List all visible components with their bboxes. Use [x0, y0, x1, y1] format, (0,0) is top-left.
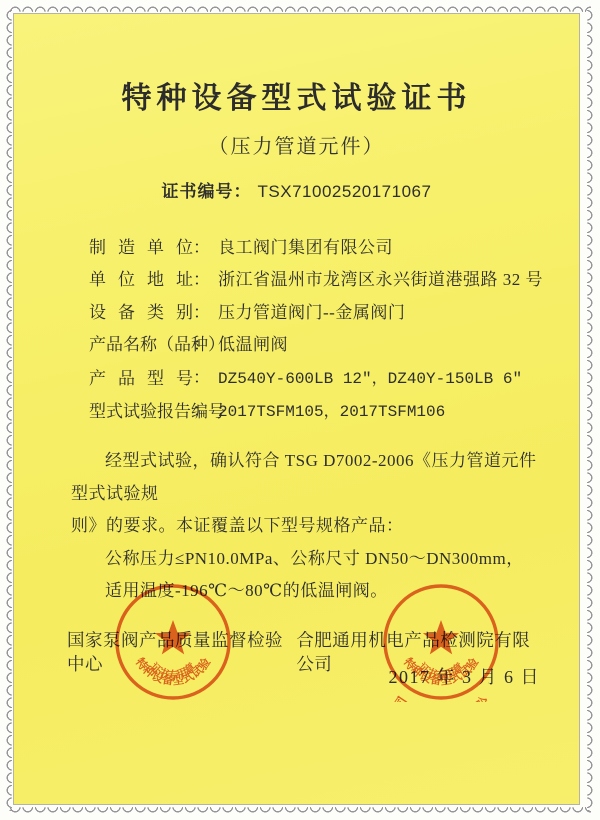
field-label: 型式试验报告编号: [89, 396, 193, 428]
field-label: 制造单位: [89, 232, 193, 264]
field-value: 2017TSFM105，2017TSFM106: [218, 403, 445, 421]
field-address: 单位地址：浙江省温州市龙湾区永兴街道港强路 32 号: [89, 264, 551, 296]
field-manufacturer: 制造单位：良工阀门集团有限公司: [89, 232, 551, 264]
seal-star-icon: [155, 620, 191, 654]
field-colon: ：: [193, 270, 210, 289]
field-colon: ：: [193, 303, 210, 322]
scallop-border-right: [587, 9, 596, 811]
official-seal-left: 国家泵阀产品质量监督检验中心 特种设备型式试验 证书专用章: [113, 582, 233, 702]
field-value: 浙江省温州市龙湾区永兴街道港强路 32 号: [218, 270, 543, 289]
scallop-border-bottom: [9, 807, 591, 816]
certificate-subtitle: （压力管道元件）: [14, 134, 579, 160]
seal-ring-text: 国家泵阀产品质量监督检验中心: [117, 700, 230, 702]
field-product-model: 产品型号：DZ540Y-600LB 12″，DZ40Y-150LB 6″: [89, 362, 551, 395]
field-label: 产品型号: [89, 363, 193, 395]
field-product-name: 产品名称（品种）：低温闸阀: [89, 329, 551, 361]
field-value: 良工阀门集团有限公司: [218, 238, 393, 257]
scallop-border-top: [9, 3, 591, 12]
field-label: 设备类别: [89, 297, 193, 329]
field-label: 产品名称（品种）: [89, 329, 193, 361]
certificate-number-label: 证书编号：: [162, 182, 252, 201]
field-colon: ：: [193, 238, 210, 257]
certificate-number-value: TSX71002520171067: [258, 182, 432, 201]
seal-star-icon: [423, 620, 459, 654]
official-seal-right: 合肥通用机电产品检测院有限公司 特种设备型式试验 证书专用章: [381, 582, 501, 702]
scallop-border-left: [3, 9, 12, 811]
field-colon: ：: [193, 368, 210, 387]
certificate-fields: 制造单位：良工阀门集团有限公司 单位地址：浙江省温州市龙湾区永兴街道港强路 32…: [89, 232, 551, 428]
field-colon: ：: [193, 335, 210, 354]
field-equipment-category: 设备类别：压力管道阀门--金属阀门: [89, 297, 551, 329]
certificate-paper: 特种设备型式试验证书 （压力管道元件） 证书编号：TSX710025201710…: [13, 13, 580, 805]
field-test-report-number: 型式试验报告编号：2017TSFM105，2017TSFM106: [89, 395, 551, 428]
certificate-scan: { "certificate": { "title": "特种设备型式试验证书"…: [0, 0, 600, 820]
field-value: DZ540Y-600LB 12″，DZ40Y-150LB 6″: [218, 370, 522, 388]
field-colon: ：: [193, 401, 210, 420]
certificate-title: 特种设备型式试验证书: [14, 81, 579, 117]
svg-text:国家泵阀产品质量监督检验中心: 国家泵阀产品质量监督检验中心: [117, 700, 230, 702]
statement-line-3: 公称压力≤PN10.0MPa、公称尺寸 DN50～DN300mm，: [71, 543, 537, 576]
field-value: 低温闸阀: [218, 335, 288, 354]
field-label: 单位地址: [89, 264, 193, 296]
statement-line-1: 经型式试验，确认符合 TSG D7002-2006《压力管道元件型式试验规: [71, 445, 537, 510]
statement-line-2: 则》的要求。本证覆盖以下型号规格产品：: [71, 510, 537, 543]
certificate-number-line: 证书编号：TSX71002520171067: [14, 180, 579, 204]
field-value: 压力管道阀门--金属阀门: [218, 303, 405, 322]
